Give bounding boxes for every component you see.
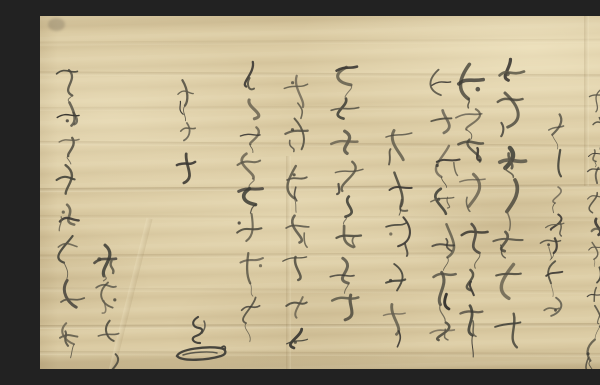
calligraphy-ink-layer: Handwritten Japanese letter in cursive k… [40, 16, 600, 369]
text-column-1: （右端・小字のくずし字、判読困難） [586, 90, 600, 369]
text-column-6: と有□□に□歩□ [384, 131, 412, 347]
date-column: □月七 [177, 80, 195, 183]
text-column-7: 殊浴湯石物□□黄 [330, 67, 363, 320]
letter-photograph: Handwritten Japanese letter in cursive k… [40, 16, 600, 369]
text-column-2: □句□□□忘□□物□（判読困難） [540, 114, 564, 316]
kao-signature-mark [177, 317, 225, 360]
text-column-4: □咄緊□入□□ [456, 64, 488, 357]
text-column-9: □□□上□□□□ [237, 62, 263, 342]
address-column: 十□□尊す□□□ [57, 70, 85, 358]
text-column-5: □し用権□□□□ [430, 70, 459, 340]
text-column-8: 頼□之□□□器□ [283, 76, 309, 348]
text-column-3: 昨見へ浅□□□とし [493, 59, 525, 347]
signature-column: □之龍□（差出人署名） [95, 245, 119, 369]
